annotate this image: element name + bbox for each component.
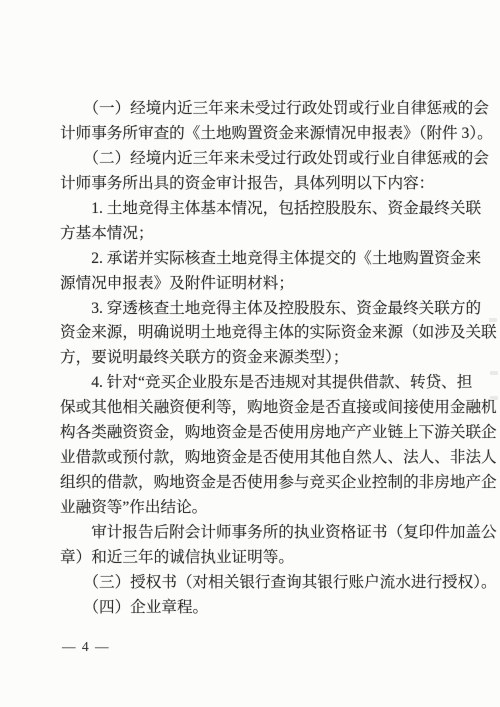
document-line: 计师事务所审查的《土地购置资金来源情况申报表》（附件 3）。 [60,122,454,147]
document-body: （一）经境内近三年来未受过行政处罚或行业自律惩戒的会 计师事务所审查的《土地购置… [60,97,454,621]
document-line: 业借款或预付款，购地资金是否使用其他自然人、法人、非法人 [60,446,454,471]
scan-artifact [490,371,498,375]
scan-artifact [490,396,498,400]
document-line: 组织的借款，购地资金是否使用参与竞买企业控制的非房地产企 [60,471,454,496]
document-line: 2. 承诺并实际核查土地竞得主体提交的《土地购置资金来 [60,247,454,272]
document-line: （三）授权书（对相关银行查询其银行账户流水进行授权）。 [60,571,454,596]
document-line: （四）企业章程。 [60,596,454,621]
document-line: （二）经境内近三年来未受过行政处罚或行业自律惩戒的会 [60,147,454,172]
document-page: （一）经境内近三年来未受过行政处罚或行业自律惩戒的会 计师事务所审查的《土地购置… [0,0,500,707]
document-line: 方基本情况； [60,222,454,247]
document-line: 计师事务所出具的资金审计报告，具体列明以下内容： [60,172,454,197]
document-line: 源情况申报表》及附件证明材料； [60,272,454,297]
document-line: 4. 针对“竞买企业股东是否违规对其提供借款、转贷、担 [60,371,454,396]
document-line: （一）经境内近三年来未受过行政处罚或行业自律惩戒的会 [60,97,454,122]
document-line: 审计报告后附会计师事务所的执业资格证书（复印件加盖公 [60,521,454,546]
page-number: — 4 — [62,638,110,656]
document-line: 1. 土地竞得主体基本情况，包括控股股东、资金最终关联 [60,197,454,222]
document-line: 保或其他相关融资便利等，购地资金是否直接或间接使用金融机 [60,396,454,421]
document-line: 3. 穿透核查土地竞得主体及控股股东、资金最终关联方的 [60,297,454,322]
document-line: 章）和近三年的诚信执业证明等。 [60,546,454,571]
document-line: 资金来源，明确说明土地竞得主体的实际资金来源（如涉及关联 [60,321,454,346]
document-line: 方，要说明最终关联方的资金来源类型）； [60,346,454,371]
document-line: 业融资等”作出结论。 [60,496,454,521]
scan-artifact [489,318,497,322]
document-line: 构各类融资资金，购地资金是否使用房地产产业链上下游关联企 [60,421,454,446]
